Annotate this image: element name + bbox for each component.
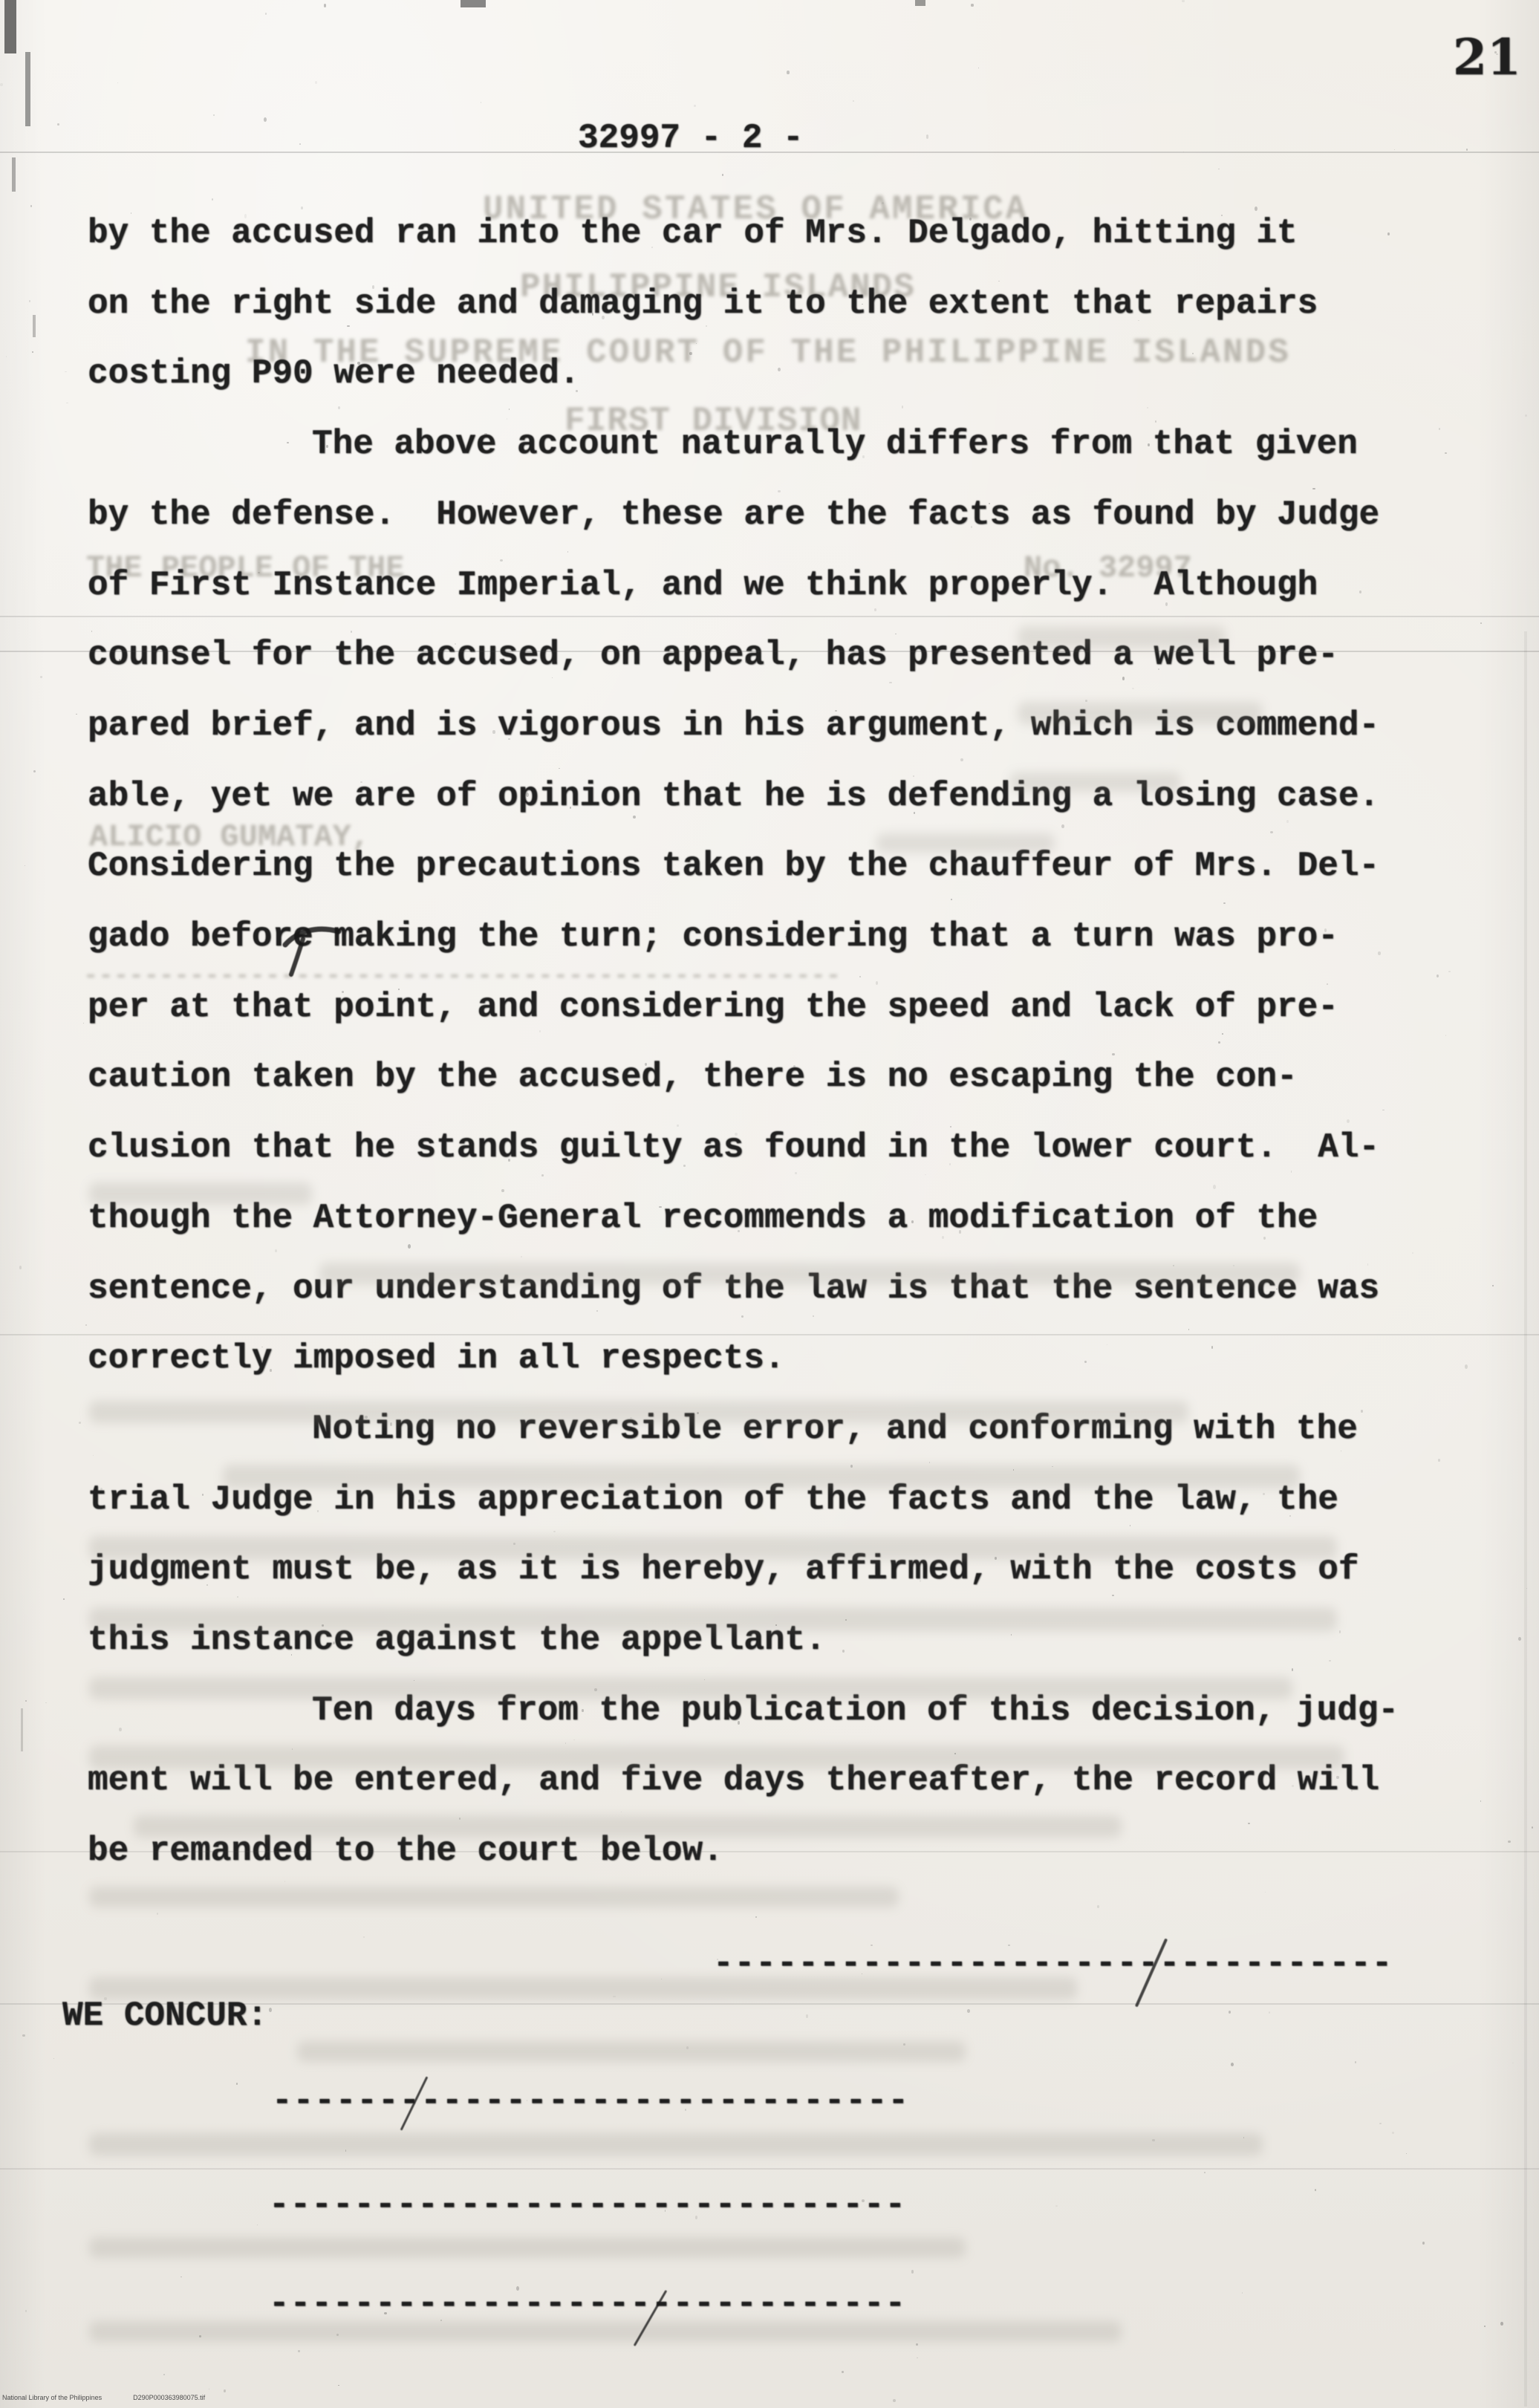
paper-speck bbox=[357, 362, 360, 364]
paper-speck bbox=[1378, 951, 1381, 954]
paper-speck bbox=[893, 2399, 896, 2402]
paper-speck bbox=[951, 899, 952, 900]
paper-speck bbox=[333, 1641, 335, 1644]
paper-speck bbox=[925, 1174, 926, 1175]
paper-speck bbox=[287, 442, 289, 443]
paper-speck bbox=[264, 117, 267, 122]
paper-speck bbox=[978, 68, 979, 68]
paper-speck bbox=[29, 300, 30, 302]
paper-speck bbox=[1341, 1451, 1341, 1452]
body-line: gado before making the turn; considering… bbox=[88, 916, 1338, 957]
paper-speck bbox=[1218, 1041, 1220, 1044]
paper-speck bbox=[326, 445, 328, 448]
paper-speck bbox=[565, 1742, 567, 1744]
paper-speck bbox=[795, 1172, 797, 1175]
paper-speck bbox=[1324, 928, 1327, 931]
paper-speck bbox=[1315, 2189, 1316, 2191]
paper-speck bbox=[706, 325, 707, 327]
scan-streak-line bbox=[0, 651, 1539, 652]
paper-speck bbox=[492, 730, 495, 734]
paper-speck bbox=[1291, 1171, 1292, 1172]
paper-speck bbox=[1255, 206, 1257, 211]
paper-speck bbox=[1336, 1776, 1338, 1779]
paper-speck bbox=[347, 325, 350, 327]
paper-speck bbox=[398, 989, 400, 989]
paper-speck bbox=[697, 1412, 699, 1415]
paper-speck bbox=[202, 1494, 204, 1495]
paper-speck bbox=[633, 816, 636, 819]
paper-speck bbox=[501, 1189, 504, 1192]
paper-speck bbox=[1347, 1119, 1350, 1123]
paper-speck bbox=[1061, 824, 1064, 829]
paper-speck bbox=[1276, 1289, 1278, 1289]
scanner-edge-mark bbox=[21, 1708, 23, 1751]
paper-speck bbox=[1292, 1668, 1293, 1671]
paper-speck bbox=[755, 1916, 757, 1918]
scanner-edge-mark bbox=[915, 0, 925, 6]
paper-speck bbox=[79, 1422, 82, 1423]
paper-speck bbox=[1270, 831, 1273, 833]
paper-speck bbox=[1155, 420, 1156, 423]
ghost-bleedthrough-blur bbox=[223, 1465, 1300, 1488]
paper-speck bbox=[862, 304, 862, 305]
paper-speck bbox=[567, 551, 568, 553]
scan-streak-line bbox=[0, 1334, 1539, 1335]
paper-speck bbox=[916, 2343, 918, 2346]
paper-speck bbox=[1422, 2242, 1425, 2245]
paper-speck bbox=[1122, 677, 1125, 680]
paper-speck bbox=[265, 13, 267, 15]
paper-speck bbox=[317, 1510, 319, 1512]
paper-speck bbox=[338, 406, 340, 409]
body-line: by the defense. However, these are the f… bbox=[88, 494, 1379, 536]
paper-speck bbox=[1448, 971, 1450, 972]
paper-speck bbox=[806, 2014, 808, 2017]
paper-speck bbox=[500, 559, 503, 562]
paper-speck bbox=[686, 2046, 689, 2049]
paper-speck bbox=[22, 2034, 25, 2037]
paper-speck bbox=[1327, 983, 1329, 986]
paper-speck bbox=[850, 1465, 853, 1468]
paper-speck bbox=[1525, 414, 1527, 417]
concur-signature-line-2: ------------------------------ bbox=[269, 2184, 906, 2226]
paper-speck bbox=[521, 1256, 522, 1257]
concur-signature-line-3: ------------------------------ bbox=[269, 2283, 906, 2325]
paper-speck bbox=[1222, 1033, 1223, 1035]
paper-speck bbox=[25, 1700, 27, 1702]
paper-speck bbox=[163, 2374, 165, 2375]
ghost-bleedthrough-blur bbox=[89, 1607, 1337, 1631]
paper-speck bbox=[787, 71, 789, 74]
scanner-edge-mark bbox=[1524, 631, 1527, 2407]
scan-streak-line bbox=[0, 152, 1539, 153]
paper-speck bbox=[1221, 215, 1222, 215]
paper-speck bbox=[100, 1488, 103, 1491]
paper-speck bbox=[911, 2270, 914, 2274]
paper-speck bbox=[345, 2150, 347, 2152]
ghost-bleedthrough-blur bbox=[1010, 772, 1181, 792]
paper-speck bbox=[722, 174, 724, 176]
paper-speck bbox=[1112, 1053, 1115, 1056]
paper-speck bbox=[131, 212, 131, 214]
paper-speck bbox=[1445, 452, 1447, 454]
page-number: 21 bbox=[1453, 31, 1521, 83]
paper-speck bbox=[1359, 590, 1362, 594]
paper-speck bbox=[914, 812, 915, 814]
paper-speck bbox=[32, 351, 33, 352]
paper-speck bbox=[1518, 1637, 1521, 1641]
paper-speck bbox=[1097, 1905, 1099, 1908]
paper-speck bbox=[1147, 407, 1148, 409]
paper-speck bbox=[484, 433, 487, 435]
body-line: correctly imposed in all respects. bbox=[88, 1338, 785, 1379]
paper-speck bbox=[813, 1315, 814, 1317]
paper-speck bbox=[1466, 149, 1468, 151]
ghost-bleedthrough-blur bbox=[89, 1677, 1292, 1699]
paper-speck bbox=[30, 205, 32, 207]
paper-speck bbox=[1242, 2292, 1243, 2293]
paper-speck bbox=[1265, 1892, 1266, 1893]
body-line: of First Instance Imperial, and we think… bbox=[88, 564, 1318, 606]
scanner-edge-mark bbox=[33, 315, 36, 337]
paper-speck bbox=[1367, 1263, 1369, 1265]
paper-speck bbox=[119, 1728, 122, 1732]
paper-speck bbox=[1213, 1185, 1216, 1189]
library-watermark-file-id: D290P000363980075.tif bbox=[133, 2394, 205, 2401]
body-line: by the accused ran into the car of Mrs. … bbox=[88, 212, 1298, 254]
scan-streak-line bbox=[0, 1851, 1539, 1852]
paper-speck bbox=[509, 409, 510, 410]
ink-squiggle-mark bbox=[281, 918, 348, 985]
paper-speck bbox=[1182, 0, 1185, 1]
paper-speck bbox=[76, 714, 77, 715]
paper-speck bbox=[1382, 1110, 1385, 1111]
paper-speck bbox=[1248, 1823, 1250, 1824]
paper-speck bbox=[959, 790, 962, 795]
ghost-bleedthrough-blur bbox=[89, 1887, 899, 1907]
body-line: The above account naturally differs from… bbox=[312, 423, 1358, 465]
paper-speck bbox=[592, 313, 594, 316]
paper-speck bbox=[209, 2389, 209, 2389]
paper-speck bbox=[33, 770, 36, 772]
paper-speck bbox=[602, 316, 604, 319]
paper-speck bbox=[117, 82, 119, 83]
paper-speck bbox=[508, 1159, 510, 1162]
paper-speck bbox=[911, 1220, 914, 1223]
scanned-court-decision-page: 21 32997 - 2 - UNITED STATES OF AMERICA … bbox=[0, 0, 1539, 2408]
paper-speck bbox=[25, 865, 25, 866]
paper-speck bbox=[596, 1310, 598, 1312]
ghost-bleedthrough-blur bbox=[89, 1745, 1344, 1769]
paper-speck bbox=[1130, 1525, 1130, 1526]
paper-speck bbox=[63, 1598, 65, 1600]
paper-speck bbox=[1263, 1237, 1266, 1240]
paper-speck bbox=[1112, 1595, 1114, 1596]
paper-speck bbox=[507, 418, 507, 420]
paper-speck bbox=[1269, 2011, 1270, 2014]
paper-speck bbox=[244, 214, 247, 218]
paper-speck bbox=[180, 2277, 182, 2277]
paper-speck bbox=[1152, 2139, 1154, 2141]
paper-speck bbox=[1494, 51, 1497, 53]
paper-speck bbox=[1084, 1361, 1087, 1363]
paper-speck bbox=[778, 490, 781, 492]
paper-speck bbox=[65, 371, 66, 372]
paper-speck bbox=[1492, 1285, 1494, 1286]
paper-speck bbox=[206, 1584, 208, 1586]
paper-speck bbox=[270, 1369, 271, 1372]
body-line: per at that point, and considering the s… bbox=[88, 986, 1338, 1028]
paper-speck bbox=[738, 1230, 740, 1232]
paper-speck bbox=[315, 81, 317, 84]
paper-speck bbox=[1263, 1493, 1264, 1494]
paper-speck bbox=[1392, 2132, 1394, 2134]
paper-speck bbox=[1188, 1329, 1190, 1330]
paper-speck bbox=[967, 2009, 969, 2013]
concur-signature-line-1: ------------------------------ bbox=[272, 2080, 909, 2122]
paper-speck bbox=[40, 676, 42, 678]
ghost-bleedthrough-blur bbox=[89, 2133, 1263, 2155]
paper-speck bbox=[929, 1462, 931, 1463]
paper-speck bbox=[513, 1543, 515, 1545]
paper-speck bbox=[237, 1596, 238, 1598]
paper-speck bbox=[1211, 1346, 1214, 1350]
paper-speck bbox=[45, 1702, 47, 1703]
paper-speck bbox=[1223, 902, 1226, 905]
paper-speck bbox=[989, 503, 990, 504]
paper-speck bbox=[853, 100, 854, 102]
ghost-bleedthrough-blur bbox=[297, 2041, 966, 2062]
paper-speck bbox=[1406, 2153, 1408, 2154]
paper-speck bbox=[741, 1315, 744, 1318]
paper-speck bbox=[677, 1125, 678, 1127]
paper-speck bbox=[694, 105, 696, 106]
paper-speck bbox=[1132, 688, 1134, 689]
paper-speck bbox=[621, 1812, 622, 1812]
paper-speck bbox=[408, 1244, 411, 1249]
paper-speck bbox=[1379, 2123, 1382, 2124]
paper-speck bbox=[1500, 2322, 1503, 2326]
paper-speck bbox=[1436, 974, 1439, 977]
paper-speck bbox=[213, 114, 215, 116]
paper-speck bbox=[845, 1619, 846, 1620]
scanner-edge-mark bbox=[12, 157, 16, 192]
paper-speck bbox=[299, 143, 301, 145]
paper-speck bbox=[363, 1936, 365, 1938]
body-line: on the right side and damaging it to the… bbox=[88, 283, 1318, 325]
paper-speck bbox=[1394, 149, 1395, 150]
paper-speck bbox=[950, 1126, 951, 1127]
paper-speck bbox=[1231, 2063, 1234, 2066]
paper-speck bbox=[275, 1249, 277, 1252]
paper-speck bbox=[91, 631, 92, 632]
ghost-bleedthrough-blur bbox=[89, 1536, 1337, 1560]
ghost-bleedthrough-blur bbox=[89, 1401, 1188, 1423]
scanner-edge-mark bbox=[25, 52, 30, 126]
paper-speck bbox=[539, 1030, 541, 1032]
paper-speck bbox=[998, 281, 1000, 282]
ghost-bleedthrough-blur bbox=[1018, 626, 1226, 648]
paper-speck bbox=[25, 2310, 27, 2312]
paper-speck bbox=[1286, 820, 1289, 822]
paper-speck bbox=[573, 1740, 574, 1740]
paper-speck bbox=[85, 1324, 87, 1326]
paper-speck bbox=[903, 2043, 905, 2046]
paper-speck bbox=[1508, 1841, 1511, 1844]
paper-speck bbox=[775, 1624, 777, 1626]
library-watermark-name: National Library of the Philippines bbox=[2, 2394, 102, 2401]
paper-speck bbox=[582, 1709, 583, 1712]
paper-speck bbox=[689, 352, 692, 355]
paper-speck bbox=[984, 1218, 986, 1219]
paper-speck bbox=[1480, 1800, 1481, 1802]
paper-speck bbox=[508, 738, 510, 740]
body-line: caution taken by the accused, there is n… bbox=[88, 1056, 1298, 1098]
body-line: costing P90 were needed. bbox=[88, 353, 580, 394]
paper-speck bbox=[842, 1650, 845, 1653]
paper-speck bbox=[342, 991, 344, 992]
paper-speck bbox=[842, 2371, 844, 2373]
scanner-edge-mark bbox=[461, 0, 486, 7]
paper-speck bbox=[1480, 622, 1482, 624]
paper-speck bbox=[917, 2357, 918, 2359]
paper-speck bbox=[959, 1230, 961, 1233]
paper-speck bbox=[1351, 1790, 1353, 1792]
paper-speck bbox=[541, 1174, 544, 1177]
paper-speck bbox=[1445, 1035, 1446, 1036]
paper-speck bbox=[570, 807, 571, 808]
paper-speck bbox=[66, 403, 68, 404]
paper-speck bbox=[971, 4, 973, 6]
paper-speck bbox=[526, 793, 529, 797]
paper-speck bbox=[1107, 1344, 1108, 1345]
ghost-bleedthrough-blur bbox=[1018, 702, 1263, 724]
paper-speck bbox=[322, 1624, 324, 1627]
paper-speck bbox=[338, 2385, 339, 2386]
paper-speck bbox=[960, 758, 963, 761]
paper-speck bbox=[284, 1881, 285, 1881]
paper-speck bbox=[552, 677, 553, 678]
paper-speck bbox=[1412, 1252, 1413, 1254]
ponente-signature-line: -------------------------------- bbox=[713, 1943, 1393, 1985]
paper-speck bbox=[224, 2389, 226, 2392]
paper-speck bbox=[553, 1531, 556, 1532]
paper-speck bbox=[236, 2083, 238, 2085]
paper-speck bbox=[559, 768, 560, 769]
paper-speck bbox=[301, 206, 303, 209]
paper-speck bbox=[1218, 169, 1220, 170]
scan-streak-line bbox=[0, 2168, 1539, 2170]
paper-speck bbox=[594, 1688, 597, 1691]
paper-speck bbox=[57, 123, 59, 126]
paper-speck bbox=[53, 2058, 55, 2059]
body-line: clusion that he stands guilty as found i… bbox=[88, 1127, 1379, 1168]
paper-speck bbox=[889, 682, 892, 684]
paper-speck bbox=[0, 83, 3, 86]
paper-speck bbox=[1484, 2326, 1486, 2327]
paper-speck bbox=[1339, 1630, 1341, 1633]
paper-speck bbox=[876, 981, 878, 985]
paper-speck bbox=[372, 285, 375, 289]
scanner-edge-mark bbox=[4, 0, 16, 53]
paper-speck bbox=[926, 134, 929, 138]
we-concur-label: WE CONCUR: bbox=[62, 1995, 267, 2037]
paper-speck bbox=[418, 1500, 420, 1503]
paper-speck bbox=[874, 608, 876, 611]
paper-speck bbox=[610, 871, 611, 873]
paper-speck bbox=[351, 631, 353, 633]
paper-speck bbox=[1439, 428, 1440, 430]
ghost-bleedthrough-blur bbox=[89, 1182, 312, 1205]
paper-speck bbox=[576, 390, 577, 392]
paper-speck bbox=[1361, 1410, 1363, 1413]
paper-speck bbox=[1085, 700, 1087, 702]
paper-speck bbox=[93, 1455, 94, 1456]
paper-speck bbox=[1204, 2172, 1206, 2173]
ghost-bleedthrough-blur bbox=[89, 2237, 966, 2258]
paper-speck bbox=[83, 1023, 84, 1024]
paper-speck bbox=[324, 4, 326, 7]
paper-speck bbox=[1387, 232, 1390, 235]
paper-speck bbox=[1512, 2063, 1513, 2063]
paper-speck bbox=[793, 1065, 795, 1067]
paper-speck bbox=[735, 1133, 738, 1136]
paper-speck bbox=[835, 710, 836, 712]
paper-speck bbox=[1183, 152, 1184, 152]
paper-speck bbox=[269, 2008, 272, 2012]
paper-speck bbox=[859, 976, 861, 977]
paper-speck bbox=[1055, 2205, 1058, 2207]
paper-speck bbox=[304, 1783, 305, 1785]
library-watermark: National Library of the PhilippinesD290P… bbox=[2, 2394, 205, 2401]
paper-speck bbox=[974, 660, 976, 663]
paper-speck bbox=[212, 198, 214, 201]
paper-speck bbox=[862, 455, 865, 458]
paper-speck bbox=[1329, 1660, 1331, 1662]
paper-speck bbox=[1011, 1634, 1012, 1636]
paper-speck bbox=[683, 1165, 686, 1167]
paper-speck bbox=[157, 1913, 158, 1915]
ghost-bleedthrough-blur bbox=[134, 1815, 1122, 1838]
paper-speck bbox=[1438, 1459, 1441, 1462]
paper-speck bbox=[641, 1647, 642, 1649]
paper-speck bbox=[1229, 2011, 1231, 2014]
paper-speck bbox=[1465, 1364, 1468, 1369]
paper-speck bbox=[778, 368, 781, 371]
paper-speck bbox=[19, 1266, 22, 1269]
paper-speck bbox=[298, 2350, 299, 2352]
body-line: Considering the precautions taken by the… bbox=[88, 845, 1379, 887]
ghost-bleedthrough-blur bbox=[876, 833, 1055, 853]
scan-streak-line bbox=[0, 616, 1539, 617]
paper-speck bbox=[1496, 53, 1498, 56]
paper-speck bbox=[1355, 2061, 1356, 2063]
paper-speck bbox=[481, 102, 481, 103]
paper-speck bbox=[785, 936, 787, 937]
paper-speck bbox=[902, 406, 903, 408]
paper-speck bbox=[1292, 1785, 1295, 1786]
paper-speck bbox=[257, 2225, 258, 2225]
ghost-bleedthrough-blur bbox=[319, 1263, 1300, 1285]
paper-speck bbox=[292, 1748, 293, 1749]
body-line: able, yet we are of opinion that he is d… bbox=[88, 775, 1379, 817]
paper-speck bbox=[6, 356, 7, 357]
paper-speck bbox=[1532, 1826, 1534, 1829]
paper-speck bbox=[1312, 488, 1315, 489]
